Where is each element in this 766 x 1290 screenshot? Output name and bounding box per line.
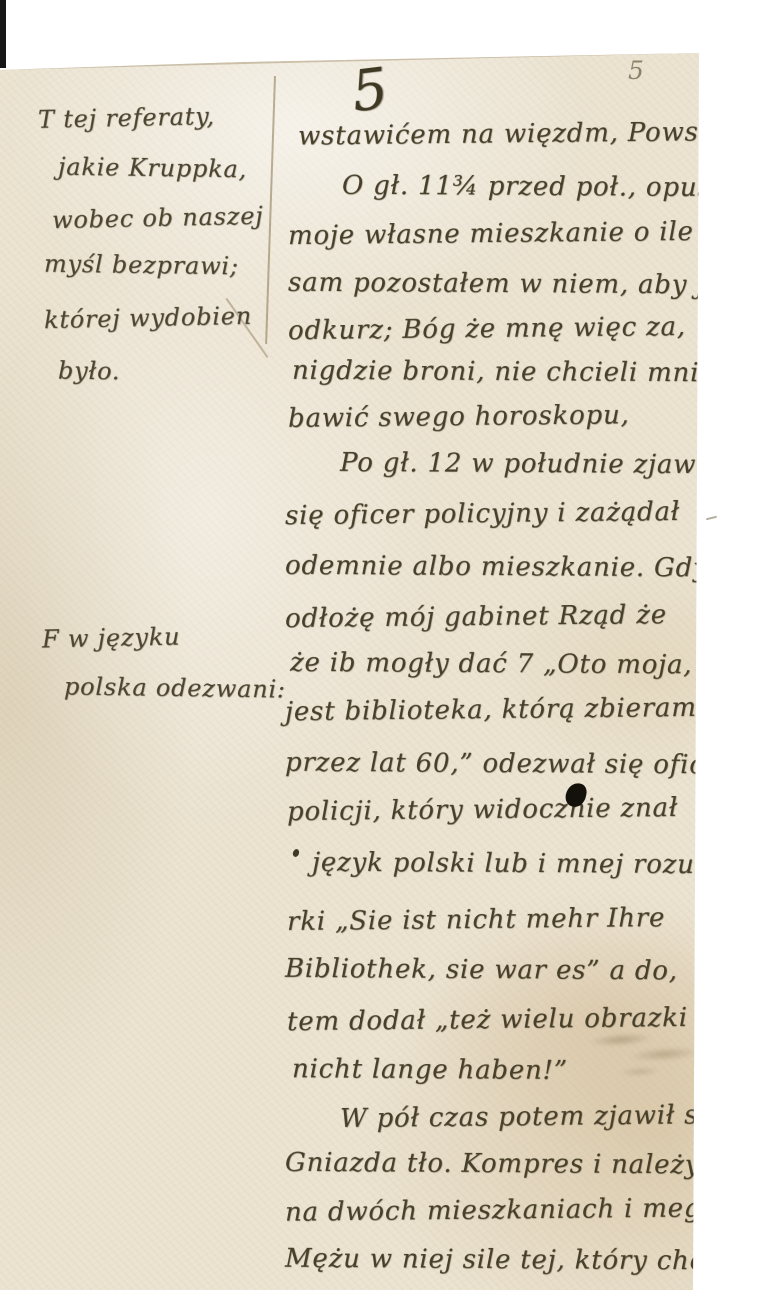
text-line: odkurz; Bóg że mnę więc za, xyxy=(288,312,686,346)
margin-note-line: wobec ob naszej xyxy=(52,202,264,234)
text-line: język polski lub i mnej rozumiał, xyxy=(312,848,764,881)
text-line: sam pozostałem w niem, aby je xyxy=(288,268,722,301)
text-line: bawić swego horoskopu, xyxy=(288,400,630,434)
faded-ink-ghost-text xyxy=(586,1018,702,1084)
text-line: nigdzie broni, nie chcieli mnie xyxy=(292,356,716,389)
margin-note-line: było. xyxy=(58,357,121,386)
margin-note-line: której wydobien xyxy=(44,302,253,334)
margin-note-line: T tej referaty, xyxy=(38,102,215,134)
text-line: rki „Sie ist nicht mehr Ihre xyxy=(287,903,665,937)
page-number-corner: 5 xyxy=(628,56,645,85)
text-line: moje własne mieszkanie o ile xyxy=(288,217,694,251)
text-line: O gł. 11¾ przed poł., opuściłem xyxy=(342,171,766,204)
text-line: że ib mogły dać 7 „Oto moja, xyxy=(290,648,693,680)
margin-note-line: F w języku xyxy=(42,623,181,654)
margin-note-line: myśl bezprawi; xyxy=(44,250,239,281)
text-line: przez lat 60,” odezwał się oficer xyxy=(285,748,734,781)
text-line: policji, który widocznie znał xyxy=(287,793,678,827)
text-line: się oficer policyjny i zażądał xyxy=(285,497,680,531)
scan-edge-artifact xyxy=(0,0,6,68)
manuscript-scan: 5 5 T tej referaty, jakie Kruppka, wobec… xyxy=(0,0,766,1290)
ink-dot-mark xyxy=(292,848,300,858)
text-line: Gniazda tło. Kompres i należy xyxy=(285,1148,700,1181)
page-number: 5 xyxy=(348,56,392,125)
manuscript-page: 5 5 T tej referaty, jakie Kruppka, wobec… xyxy=(0,0,702,1290)
text-line: nicht lange haben!” xyxy=(292,1054,568,1086)
text-line: odemnie albo mieszkanie. Gdy xyxy=(285,551,709,584)
text-line: jest biblioteka, którą zbieram xyxy=(285,693,697,727)
text-line: wstawićem na więzdm, Powstańcz xyxy=(298,117,766,152)
paper-crease-line xyxy=(265,76,276,344)
text-line: W pół czas potem zjawił się xyxy=(340,1100,724,1134)
stray-pencil-dash xyxy=(706,516,717,521)
text-line: na dwóch mieszkaniach i mego który xyxy=(285,1192,766,1227)
margin-note-line: polska odezwani: xyxy=(64,672,286,703)
margin-note-line: jakie Kruppka, xyxy=(58,153,247,184)
text-line: Po gł. 12 w południe zjawił xyxy=(340,448,715,480)
text-line: Bibliothek, sie war es” a do, xyxy=(285,954,678,986)
text-line: odłożę mój gabinet Rząd że xyxy=(285,600,667,634)
text-line: Mężu w niej sile tej, który chce xyxy=(285,1244,721,1277)
